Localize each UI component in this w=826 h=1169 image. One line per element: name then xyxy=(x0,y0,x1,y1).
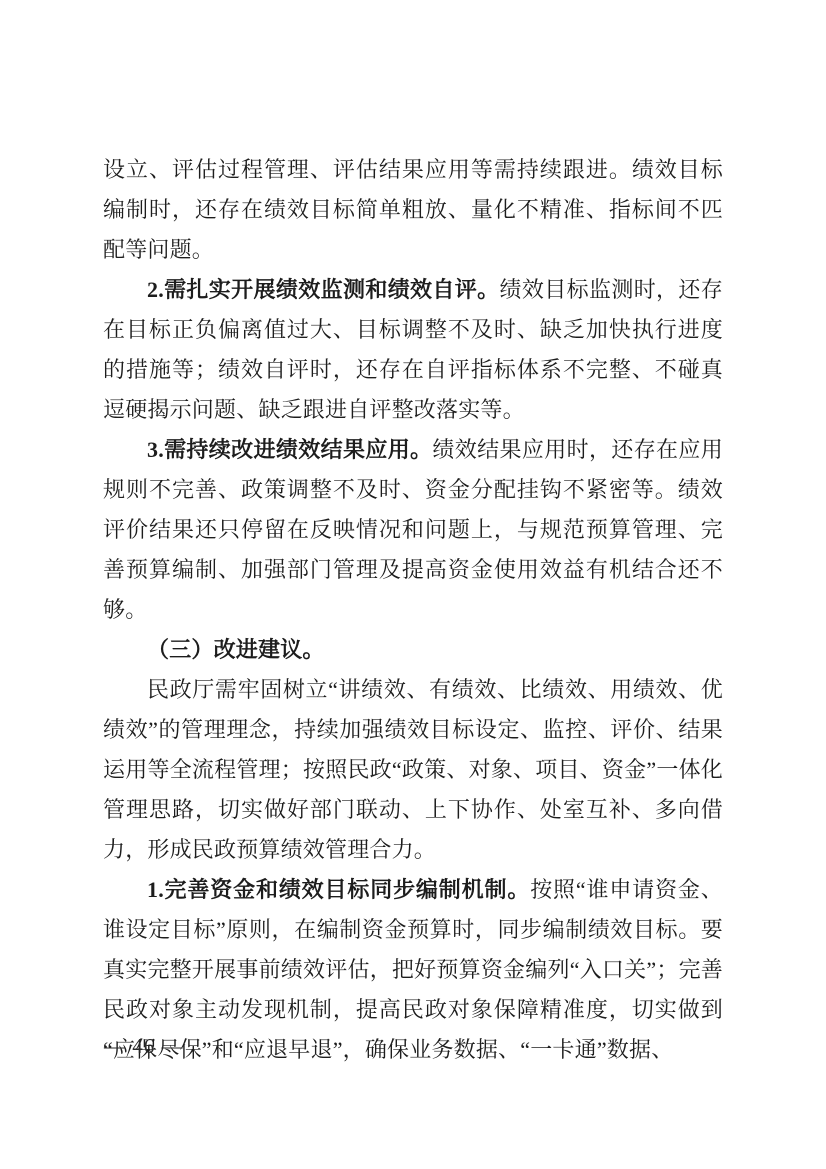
paragraph-lead: 3.需持续改进绩效结果应用。 xyxy=(147,437,432,462)
paragraph-item-3: 3.需持续改进绩效结果应用。绩效结果应用时，还存在应用规则不完善、政策调整不及时… xyxy=(103,430,723,630)
paragraph-item-1: 1.完善资金和绩效目标同步编制机制。按照“谁申请资金、谁设定目标”原则，在编制资… xyxy=(103,870,723,1070)
paragraph-lead: 1.完善资金和绩效目标同步编制机制。 xyxy=(147,877,530,902)
paragraph-continuation: 设立、评估过程管理、评估结果应用等需持续跟进。绩效目标编制时，还存在绩效目标简单… xyxy=(103,150,723,270)
paragraph-text: 绩效结果应用时，还存在应用规则不完善、政策调整不及时、资金分配挂钩不紧密等。绩效… xyxy=(103,437,723,622)
paragraph-suggestion-intro: 民政厅需牢固树立“讲绩效、有绩效、比绩效、用绩效、优绩效”的管理理念，持续加强绩… xyxy=(103,670,723,870)
section-heading: （三）改进建议。 xyxy=(103,630,723,670)
page-number: — 46 — xyxy=(104,1031,184,1061)
paragraph-lead: 2.需扎实开展绩效监测和绩效自评。 xyxy=(147,277,500,302)
document-body: 设立、评估过程管理、评估结果应用等需持续跟进。绩效目标编制时，还存在绩效目标简单… xyxy=(103,150,723,1070)
paragraph-item-2: 2.需扎实开展绩效监测和绩效自评。绩效目标监测时，还存在目标正负偏离值过大、目标… xyxy=(103,270,723,430)
document-page: 设立、评估过程管理、评估结果应用等需持续跟进。绩效目标编制时，还存在绩效目标简单… xyxy=(0,0,826,1169)
paragraph-text: 按照“谁申请资金、谁设定目标”原则，在编制资金预算时，同步编制绩效目标。要真实完… xyxy=(103,877,723,1062)
